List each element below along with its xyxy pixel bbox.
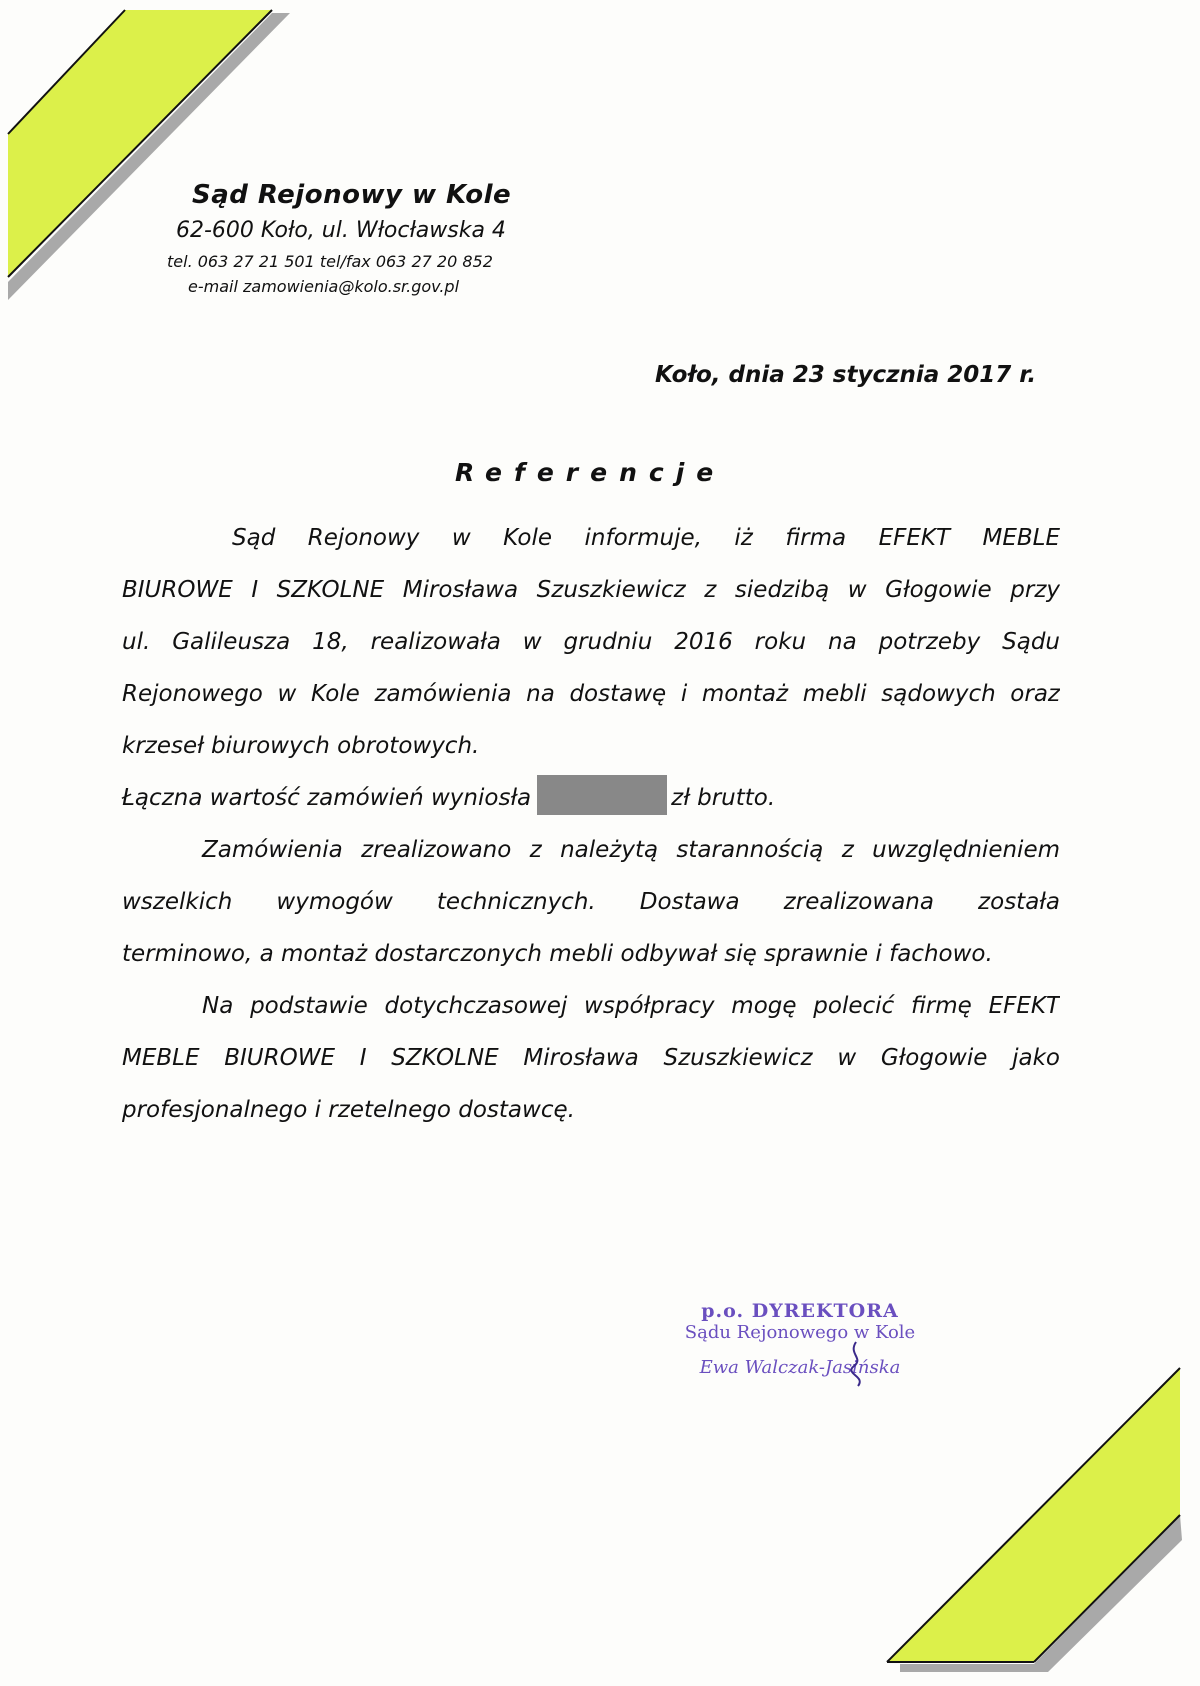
signature-mark	[836, 1340, 876, 1390]
institution-name: Sąd Rejonowy w Kole	[192, 180, 511, 210]
body-line: Rejonowego w Kole zamówienia na dostawę …	[122, 668, 1060, 720]
stamp-organization: Sądu Rejonowego w Kole	[660, 1322, 940, 1343]
body-line: Na podstawie dotychczasowej współpracy m…	[122, 980, 1060, 1032]
body-line: MEBLE BIUROWE I SZKOLNE Mirosława Szuszk…	[122, 1032, 1060, 1084]
stamp-title: p.o. DYREKTORA	[660, 1300, 940, 1322]
institution-address: 62-600 Koło, ul. Włocławska 4	[176, 218, 506, 243]
body-line: BIUROWE I SZKOLNE Mirosława Szuszkiewicz…	[122, 564, 1060, 616]
redacted-amount	[537, 775, 667, 815]
body-line: Sąd Rejonowy w Kole informuje, iż firma …	[122, 512, 1060, 564]
total-value-prefix: Łączna wartość zamówień wyniosła	[122, 785, 531, 811]
letter-date: Koło, dnia 23 stycznia 2017 r.	[655, 362, 1036, 388]
institution-phone: tel. 063 27 21 501 tel/fax 063 27 20 852	[167, 252, 493, 271]
body-line: krzeseł biurowych obrotowych.	[122, 720, 1060, 772]
body-line: terminowo, a montaż dostarczonych mebli …	[122, 928, 1060, 980]
document-title: Referencje	[455, 458, 725, 487]
body-line: profesjonalnego i rzetelnego dostawcę.	[122, 1084, 1060, 1136]
body-line: ul. Galileusza 18, realizowała w grudniu…	[122, 616, 1060, 668]
body-line: Zamówienia zrealizowano z należytą stara…	[122, 824, 1060, 876]
total-value-line: Łączna wartość zamówień wyniosłazł brutt…	[122, 772, 1060, 824]
letter-body: Sąd Rejonowy w Kole informuje, iż firma …	[122, 512, 1060, 1136]
total-value-suffix: zł brutto.	[671, 785, 775, 811]
institution-email: e-mail zamowienia@kolo.sr.gov.pl	[188, 277, 459, 296]
corner-decoration-bottom-right	[880, 1360, 1200, 1686]
body-line: wszelkich wymogów technicznych. Dostawa …	[122, 876, 1060, 928]
